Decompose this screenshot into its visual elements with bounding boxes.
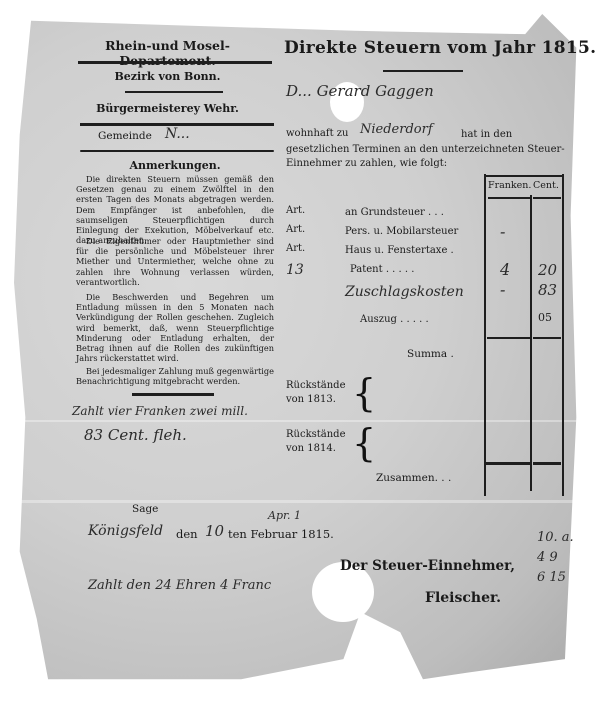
notes-paragraph: Bei jedesmaliger Zahlung muß gegenwärtig… (76, 366, 274, 386)
date-label: Sage (132, 503, 158, 515)
row-label: Pers. u. Mobilarsteuer (345, 226, 458, 237)
signature-name: Fleischer. (425, 590, 501, 606)
divider (132, 393, 214, 396)
summa-label: Summa . (407, 348, 454, 360)
divider (78, 61, 272, 64)
row-label: Auszug . . . . . (360, 314, 429, 325)
divider (125, 91, 223, 93)
divider (80, 150, 274, 152)
date-superscript: Apr. 1 (268, 509, 301, 522)
row-label: an Grundsteuer . . . (345, 207, 444, 218)
notes-paragraph: Die Beschwerden und Begehren um Entladun… (76, 292, 274, 363)
row-francs: - (500, 280, 505, 299)
table-rule (533, 462, 561, 465)
date-place: Königsfeld (88, 523, 163, 539)
margin-figure: 4 9 (537, 550, 558, 565)
fold-crease (20, 500, 580, 503)
table-rule (488, 197, 530, 199)
handwritten-note: Zahlt vier Franken zwei mill. (72, 404, 248, 418)
date-day: 10 (205, 522, 224, 540)
margin-figure: 10. a. (537, 530, 574, 545)
taxpayer-name: D... Gerard Gaggen (286, 82, 434, 100)
row-francs: - (500, 222, 505, 241)
brace: { (352, 374, 376, 412)
notes-heading: Anmerkungen. (80, 159, 270, 172)
margin-figure: 6 15 (537, 570, 566, 585)
row-art: Art. (286, 205, 305, 216)
notes-paragraph: Die direkten Steuern müssen gemäß den Ge… (76, 174, 274, 245)
district-name: Bezirk von Bonn. (60, 70, 275, 83)
document-title: Direkte Steuern vom Jahr 1815. (284, 38, 596, 58)
row-label: Patent . . . . . (350, 264, 414, 275)
row-francs: 4 (500, 260, 510, 279)
row-art: Art. (286, 243, 305, 254)
col-cents: Cent. (533, 180, 559, 191)
row-art: Art. (286, 224, 305, 235)
arrears-1814: Rückstände von 1814. (286, 428, 356, 456)
notes-paragraph: Die Eigenthümer oder Hauptmiether sind f… (76, 236, 274, 287)
fold-crease (20, 420, 580, 422)
instruction-text: hat in den gesetzlichen Terminen an den … (286, 128, 566, 172)
row-label: Haus u. Fenstertaxe . (345, 245, 454, 256)
row-label: Zuschlagskosten (345, 284, 464, 300)
divider (383, 70, 463, 72)
col-francs: Franken. (488, 180, 531, 191)
table-rule (486, 175, 562, 177)
mayoralty-name: Bürgermeisterey Wehr. (60, 102, 275, 115)
municipality-value: N... (165, 126, 190, 142)
brace: { (352, 424, 376, 462)
date-prefix: den (176, 527, 198, 541)
table-rule (487, 337, 530, 339)
table-rule (533, 197, 561, 199)
date-text: ten Februar 1815. (228, 527, 334, 541)
table-border (484, 174, 486, 496)
municipality-label: Gemeinde (98, 130, 152, 142)
signature-label: Der Steuer-Einnehmer, (340, 558, 515, 574)
table-border (562, 174, 564, 496)
table-rule (486, 462, 530, 465)
arrears-1813: Rückstände von 1813. (286, 379, 356, 407)
row-cents: 83 (538, 281, 557, 299)
table-border (530, 195, 532, 491)
row-art: 13 (286, 262, 304, 278)
handwritten-note: Zahlt den 24 Ehren 4 Franc (88, 578, 271, 593)
table-rule (533, 337, 561, 339)
handwritten-note: 83 Cent. fleh. (84, 426, 187, 444)
row-cents: 20 (538, 261, 557, 279)
total-label: Zusammen. . . (376, 472, 451, 484)
row-cents: 05 (538, 311, 552, 324)
